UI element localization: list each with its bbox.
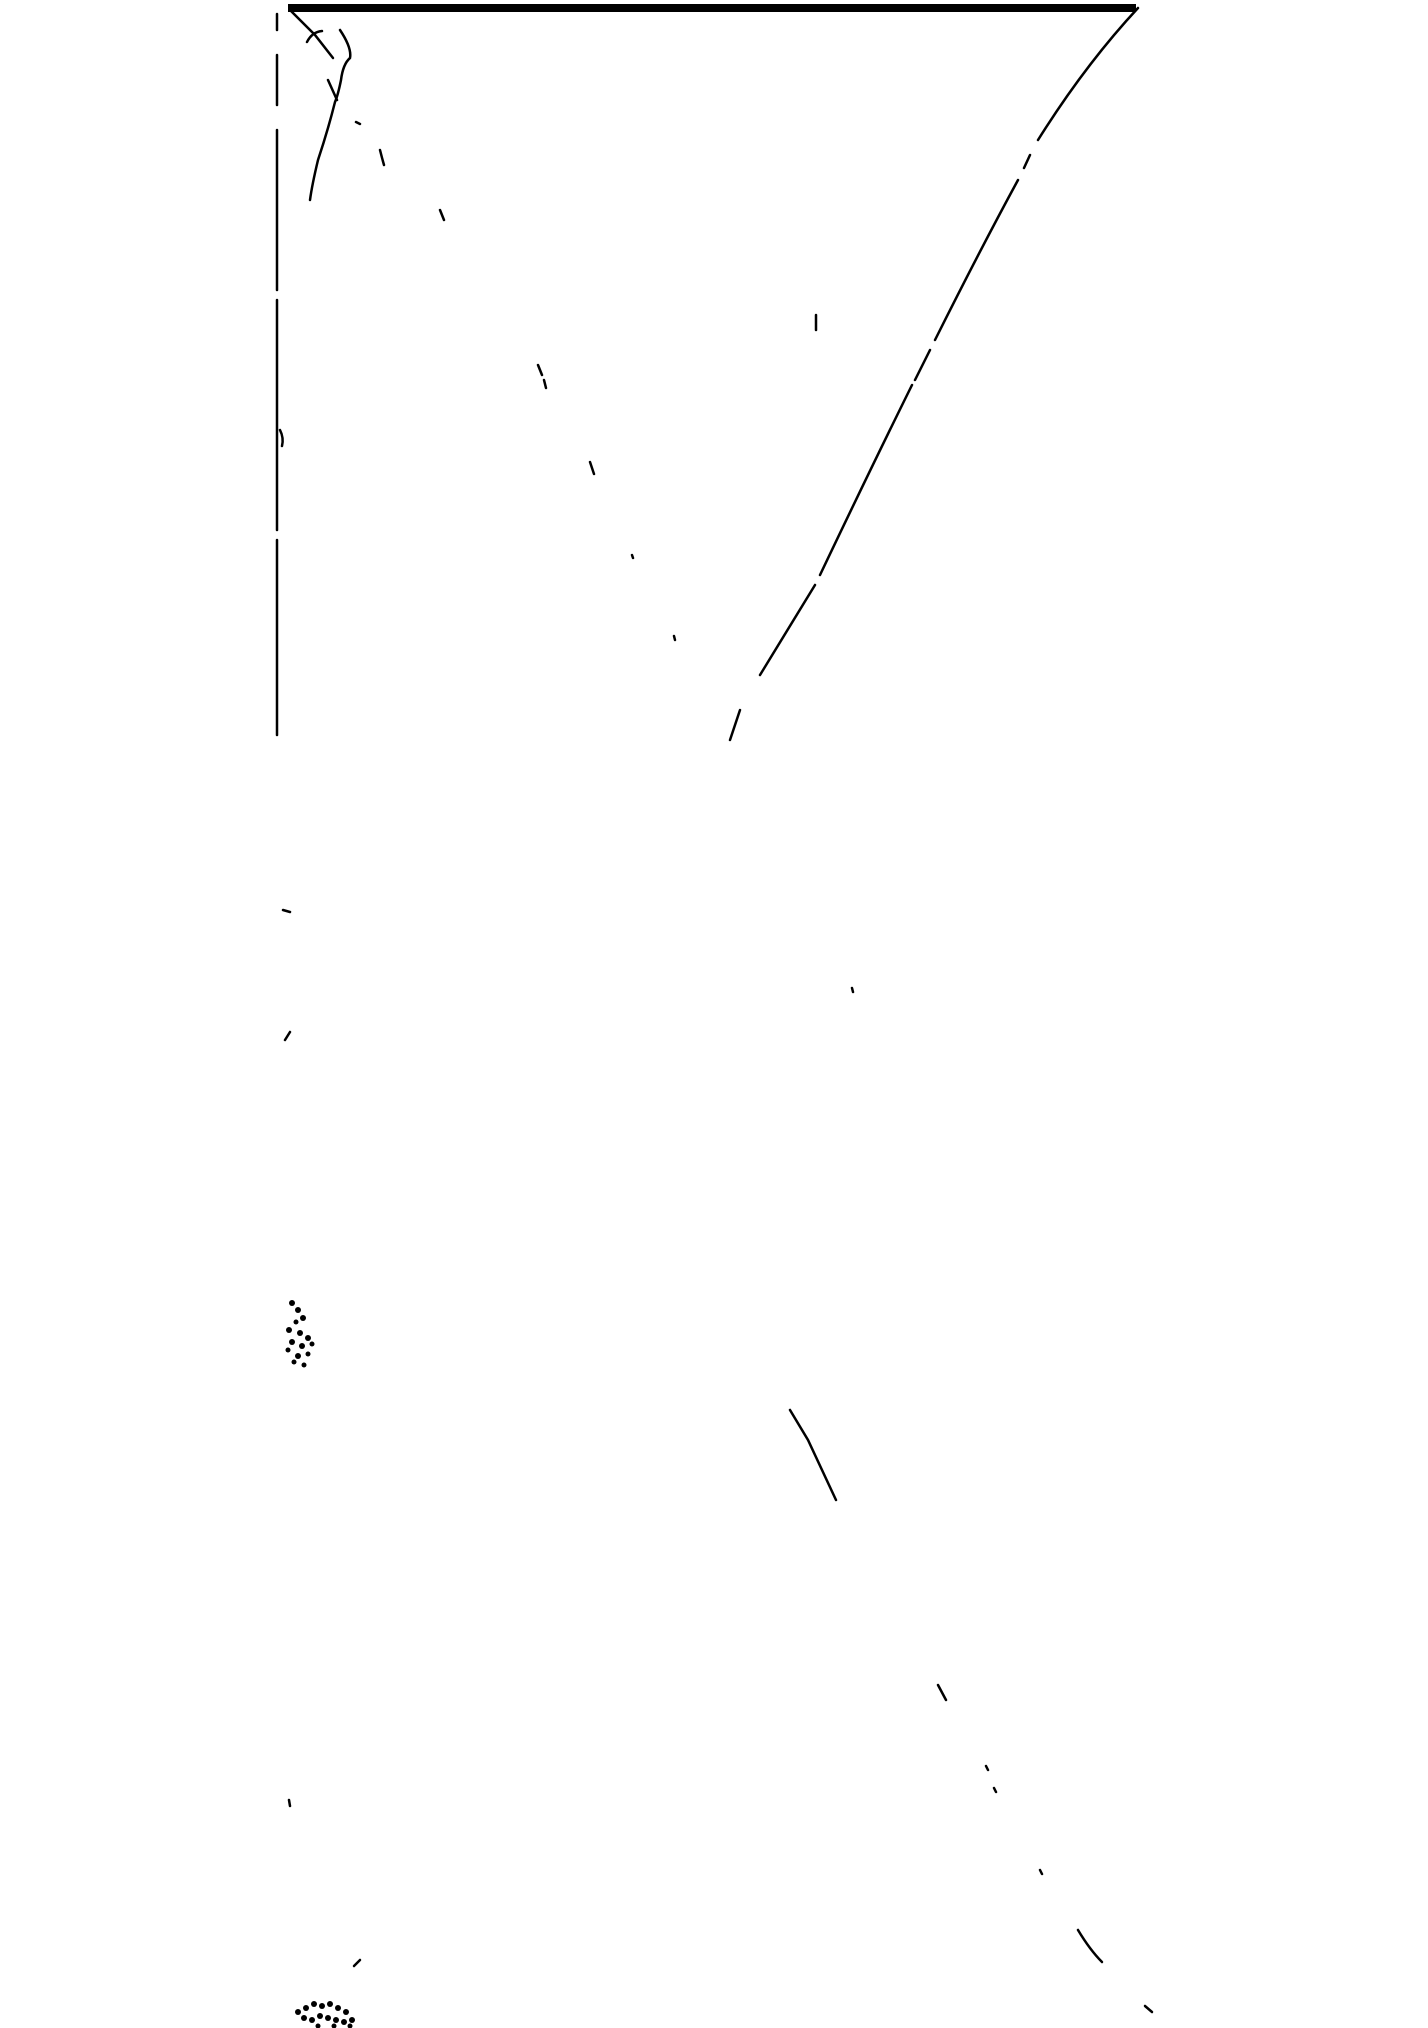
halftone-blob-bottom xyxy=(295,2001,355,2028)
halftone-blob-left xyxy=(286,1300,315,1368)
top-border-bar xyxy=(288,4,1136,12)
diagonal-sketch-lines xyxy=(280,8,1152,2012)
scan-artifacts xyxy=(0,0,1428,2028)
scanned-page xyxy=(0,0,1428,2028)
